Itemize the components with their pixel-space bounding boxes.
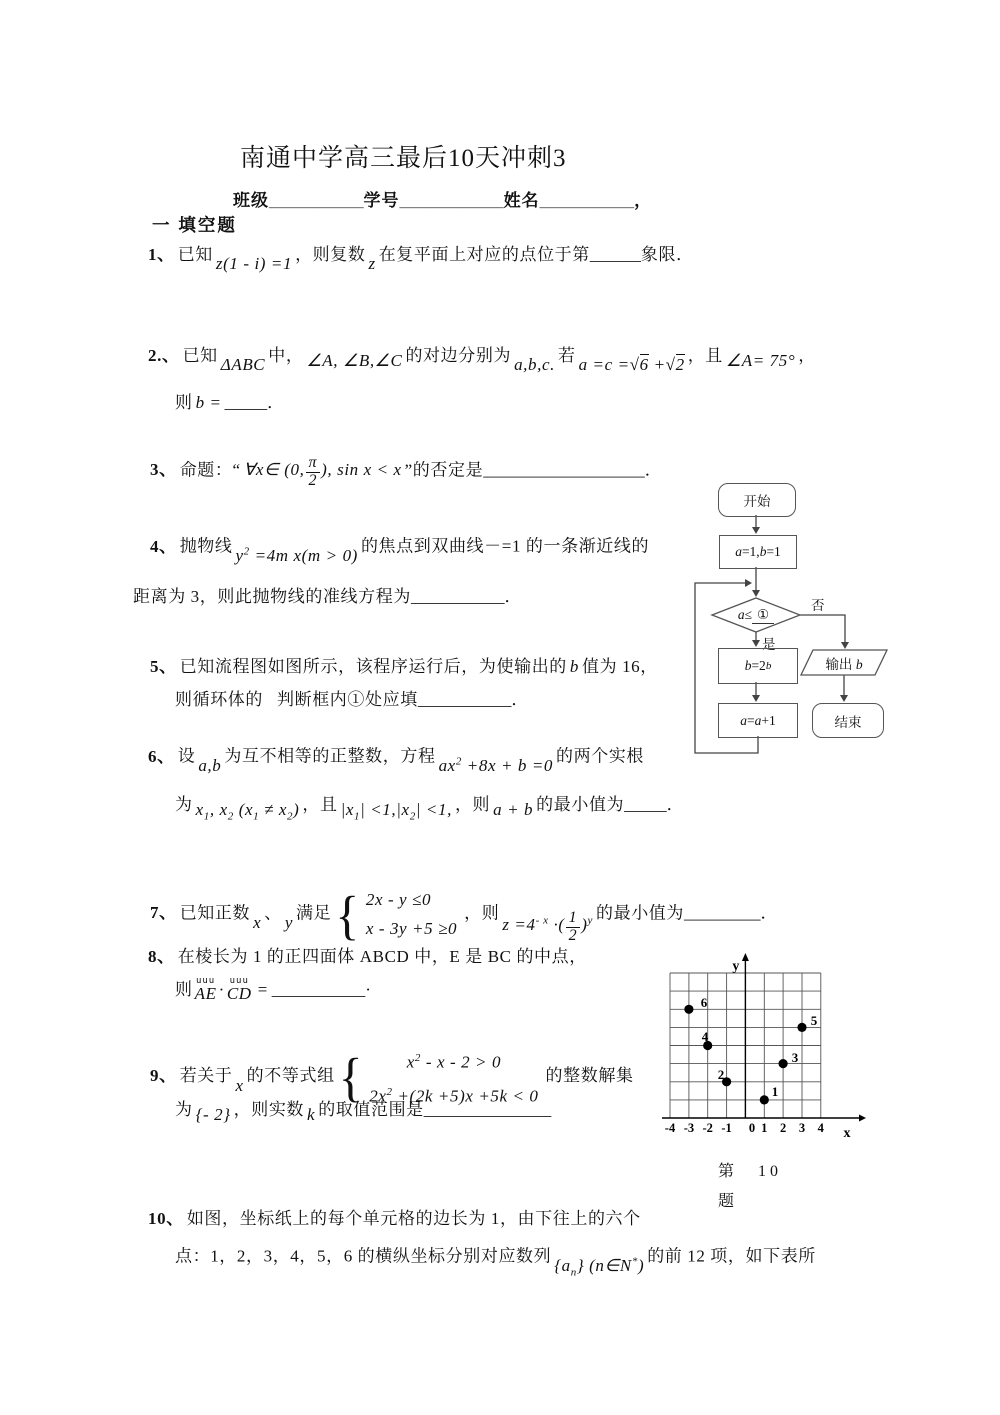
question-8-line-2: 则uuuAE·uuuCD=___________· xyxy=(175,977,372,1002)
text-run: 则循环体的 xyxy=(175,690,263,709)
text-run: 的最小值为 xyxy=(596,903,684,922)
math-formula: {an} (n∈N*) xyxy=(554,1256,644,1275)
point-label: 2 xyxy=(718,1067,725,1082)
blank-line: _______________ xyxy=(424,1100,552,1119)
question-4-line-1: 4、抛物线y2 =4m x(m > 0)的焦点到双曲线－=1 的一条渐近线的 xyxy=(150,530,649,559)
flow-node-label: 输出 b xyxy=(825,653,862,673)
point-label: 5 xyxy=(811,1013,818,1028)
system-row: x - 3y +5 ≥0 xyxy=(366,917,457,941)
arrow-down-icon xyxy=(841,642,849,649)
arrow-down-icon xyxy=(752,640,760,647)
flow-inc-node: a=a+1 xyxy=(718,703,798,738)
math-formula: ax2 +8x + b =0 xyxy=(439,756,553,775)
point-label: 3 xyxy=(792,1050,799,1065)
text-run: 命题：“ xyxy=(180,460,241,479)
text-run: ，则复数 xyxy=(295,245,365,264)
section-heading: 一 填空题 xyxy=(152,212,237,237)
axes xyxy=(662,960,859,1118)
question-1-line-1: 1、已知z(1 - i) =1，则复数z在复平面上对应的点位于第______象限… xyxy=(148,243,694,267)
flow-node-label: a=a+1 xyxy=(740,713,776,729)
flow-condition-label: a≤① xyxy=(718,603,794,627)
text-run: 为互不相等的正整数，方程 xyxy=(224,747,435,766)
flow-node-label: 开始 xyxy=(744,490,771,510)
question-2-line-2: 则b =_____． xyxy=(175,391,285,415)
text-run: 若关于 xyxy=(180,1066,233,1085)
question-7-line-1: 7、已知正数x、y满足{2x - y ≤0x - 3y +5 ≥0，则z =4-… xyxy=(150,888,778,941)
text-run: ． xyxy=(511,690,529,709)
x-tick-label: -4 xyxy=(665,1121,676,1135)
text-run: 点：1，2，3，4，5，6 的横纵坐标分别对应数列 xyxy=(175,1247,551,1266)
math-formula: x xyxy=(253,913,261,932)
math-formula: b xyxy=(570,657,579,676)
text-run: 值为 16， xyxy=(582,657,658,676)
text-run: 的整数解集 xyxy=(546,1066,634,1085)
vector-base: CD xyxy=(227,984,252,1003)
math-formula: b = xyxy=(196,393,222,412)
x-tick-label: -1 xyxy=(721,1121,731,1135)
coordinate-grid-figure: yx-4-3-2-101234123456 xyxy=(658,948,883,1153)
text-run: ，则实数 xyxy=(234,1100,304,1119)
math-formula: a =c =√6 +√2 xyxy=(579,355,685,374)
data-point xyxy=(797,1023,806,1032)
id-label: 学号 xyxy=(364,191,400,210)
text-run: ，且 xyxy=(302,795,337,814)
question-number: 1、 xyxy=(148,245,175,264)
name-blank: __________ xyxy=(540,191,635,210)
vector-CD: uuuCD xyxy=(227,977,252,1002)
question-2-line-1: 2.、已知ΔABC中，∠A, ∠B,∠C的对边分别为a,b,c.若a =c =√… xyxy=(148,344,816,368)
text-run: 为 xyxy=(175,795,193,814)
question-number: 9、 xyxy=(150,1066,177,1085)
question-10-line-2: 点：1，2，3，4，5，6 的横纵坐标分别对应数列{an} (n∈N*)的前 1… xyxy=(175,1240,816,1275)
text-run: 抛物线 xyxy=(180,537,233,556)
equals-sign: = xyxy=(257,980,269,999)
x-tick-label: -3 xyxy=(684,1121,694,1135)
text-run: ”的否定是 xyxy=(405,460,484,479)
text-run: ，则 xyxy=(464,903,499,922)
system-brace: { xyxy=(339,1050,364,1104)
flowchart-figure: 开始 a=1,b=1 a≤① 是 否 b=2b a=a+1 输出 b 结束 xyxy=(678,476,896,768)
text-run: 的取值范围是 xyxy=(318,1100,424,1119)
math-formula: x1, x2 (x1 ≠ x2) xyxy=(196,800,300,819)
text-run: 中， xyxy=(268,346,303,365)
x-tick-label: 0 xyxy=(749,1121,755,1135)
data-point xyxy=(779,1059,788,1068)
question-3-line-1: 3、命题：“∀x∈ (0,π2), sin x < x”的否定是________… xyxy=(150,455,662,490)
text-run: 则 xyxy=(175,393,193,412)
text-run: 已知正数 xyxy=(180,903,250,922)
x-axis-arrow-icon xyxy=(859,1115,866,1122)
math-formula: z =4- x ·(12)y xyxy=(502,915,593,934)
grid-plot: yx-4-3-2-101234123456 xyxy=(658,948,883,1153)
arrow-down-icon xyxy=(752,590,760,597)
system-row: x2 - x - 2 > 0 xyxy=(407,1046,501,1075)
flow-node-label: 结束 xyxy=(835,711,862,731)
x-tick-label: 3 xyxy=(799,1121,805,1135)
arrow-down-icon xyxy=(840,695,848,702)
question-number: 10、 xyxy=(148,1209,184,1228)
math-formula: ∀x∈ (0,π2), sin x < x xyxy=(244,460,402,479)
question-number: 5、 xyxy=(150,657,177,676)
vector-base: AE xyxy=(195,984,217,1003)
question-6-line-1: 6、设a,b为互不相等的正整数，方程ax2 +8x + b =0的两个实根 xyxy=(148,740,644,769)
math-formula: x xyxy=(236,1076,244,1095)
text-run: ． xyxy=(761,903,779,922)
point-label: 6 xyxy=(701,995,708,1010)
text-run: 的焦点到双曲线－=1 的一条渐近线的 xyxy=(361,537,649,556)
math-formula: z(1 - i) =1 xyxy=(216,254,292,273)
blank-line: _____ xyxy=(624,795,667,814)
point-label: 1 xyxy=(772,1084,779,1099)
header-comma: ， xyxy=(634,191,652,210)
math-formula: a,b xyxy=(198,756,221,775)
point-label: 4 xyxy=(702,1029,709,1044)
system-brace: { xyxy=(335,888,360,942)
text-run: 、 xyxy=(264,903,282,922)
text-run: 的不等式组 xyxy=(247,1066,335,1085)
question-5-line-2: 则循环体的判断框内①处应填___________． xyxy=(175,688,529,712)
math-formula: a + b xyxy=(493,800,533,819)
arrow-right-icon xyxy=(745,579,752,587)
exam-title: 南通中学高三最后10天冲刺3 xyxy=(240,138,567,174)
blank-line: ______ xyxy=(590,245,641,264)
flow-node-label: a=1,b=1 xyxy=(735,544,781,560)
text-run: 如图，坐标纸上的每个单元格的边长为 1，由下往上的六个 xyxy=(187,1209,641,1228)
condition-blank-circle-1: ① xyxy=(752,607,774,624)
flow-start-node: 开始 xyxy=(718,483,796,517)
class-label: 班级 xyxy=(233,191,269,210)
math-formula: y xyxy=(285,913,293,932)
text-run: 在棱长为 1 的正四面体 ABCD 中，E 是 BC 的中点， xyxy=(178,947,587,966)
x-tick-label: 4 xyxy=(818,1121,825,1135)
text-run: ． xyxy=(645,460,663,479)
arrow-down-icon xyxy=(752,527,760,534)
question-number: 7、 xyxy=(150,903,177,922)
text-run: 已知流程图如图所示，该程序运行后，为使输出的 xyxy=(180,657,567,676)
math-formula: {- 2} xyxy=(196,1105,231,1124)
question-number: 6、 xyxy=(148,747,175,766)
exam-page: { "title": "南通中学高三最后10天冲刺3", "header": {… xyxy=(0,0,1000,1415)
class-blank: __________ xyxy=(269,191,364,210)
text-run: 若 xyxy=(558,346,576,365)
x-tick-label: 1 xyxy=(761,1121,767,1135)
math-formula: k xyxy=(307,1105,315,1124)
text-run: 则 xyxy=(175,980,193,999)
text-run: ． xyxy=(667,795,685,814)
blank-line: ___________________ xyxy=(483,460,645,479)
question-4-line-2: 距离为 3，则此抛物线的准线方程为___________． xyxy=(133,585,522,609)
condition-text: a≤ xyxy=(738,607,752,623)
question-9-line-2: 为{- 2}，则实数k的取值范围是_______________ xyxy=(175,1098,551,1122)
question-number: 4、 xyxy=(150,537,177,556)
text-run: ，且 xyxy=(688,346,723,365)
blank-line: _________ xyxy=(684,903,761,922)
math-formula: a,b,c. xyxy=(514,355,555,374)
vector-AE: uuuAE xyxy=(195,977,217,1002)
flow-node-sup: b xyxy=(766,660,772,672)
arrow-down-icon xyxy=(752,695,760,702)
flow-no-label: 否 xyxy=(811,594,825,614)
question-number: 2.、 xyxy=(148,346,180,365)
question-10-line-1: 10、如图，坐标纸上的每个单元格的边长为 1，由下往上的六个 xyxy=(148,1207,641,1231)
id-blank: ___________ xyxy=(400,191,504,210)
flow-end-node: 结束 xyxy=(812,703,884,738)
text-run: 的最小值为 xyxy=(536,795,624,814)
text-run: 的两个实根 xyxy=(556,747,644,766)
data-point xyxy=(684,1005,693,1014)
text-run: 设 xyxy=(178,747,196,766)
math-formula: |x1| <1,|x2| <1, xyxy=(341,800,452,819)
name-label: 姓名 xyxy=(504,191,540,210)
blank-line: ___________ xyxy=(411,587,505,606)
x-axis-label: x xyxy=(844,1126,851,1141)
text-run: 的对边分别为 xyxy=(405,346,511,365)
math-formula: ∠A, ∠B,∠C xyxy=(306,351,402,370)
text-run: ，则 xyxy=(455,795,490,814)
question-number: 8、 xyxy=(148,947,175,966)
flow-init-node: a=1,b=1 xyxy=(719,535,797,569)
question-5-line-1: 5、已知流程图如图所示，该程序运行后，为使输出的b值为 16， xyxy=(150,655,658,679)
x-tick-label: -2 xyxy=(702,1121,712,1135)
math-formula: y2 =4m x(m > 0) xyxy=(236,546,358,565)
text-run: 已知 xyxy=(178,245,213,264)
blank-line: ___________ xyxy=(272,980,366,999)
text-run: 象限． xyxy=(641,245,694,264)
blank-line: _____ xyxy=(225,393,268,412)
math-formula: z xyxy=(368,254,375,273)
blank-line: ___________ xyxy=(418,690,512,709)
text-run: 在复平面上对应的点位于第 xyxy=(379,245,590,264)
text-run: ． xyxy=(504,587,522,606)
text-run: 已知 xyxy=(183,346,218,365)
text-run: 满足 xyxy=(296,903,331,922)
dot-operator: · xyxy=(219,980,225,999)
question-8-line-1: 8、在棱长为 1 的正四面体 ABCD 中，E 是 BC 的中点， xyxy=(148,945,587,969)
flow-node-label: b=2 xyxy=(745,658,766,674)
text-run: 的前 12 项，如下表所 xyxy=(647,1247,816,1266)
x-tick-label: 2 xyxy=(780,1121,786,1135)
y-axis-arrow-icon xyxy=(742,953,749,961)
math-formula: ΔABC xyxy=(221,355,266,374)
question-number: 3、 xyxy=(150,460,177,479)
flow-body-node: b=2b xyxy=(718,648,798,684)
inequality-system: {2x - y ≤0x - 3y +5 ≥0 xyxy=(335,888,460,941)
text-run: ， xyxy=(798,346,816,365)
system-row: 2x - y ≤0 xyxy=(366,888,457,912)
figure-caption-line1: 第 10 xyxy=(718,1158,782,1181)
question-6-line-2: 为x1, x2 (x1 ≠ x2)，且|x1| <1,|x2| <1,，则a +… xyxy=(175,793,684,823)
flow-output-node: 输出 b xyxy=(802,650,886,675)
text-run: ． xyxy=(267,393,285,412)
student-info-line: 班级__________学号___________姓名__________， xyxy=(233,186,652,211)
text-run: 判断框内①处应填 xyxy=(277,690,418,709)
text-run: 为 xyxy=(175,1100,193,1119)
figure-caption-line2: 题 xyxy=(718,1188,738,1211)
math-formula: ∠A= 75° xyxy=(726,351,795,370)
text-run: 距离为 3，则此抛物线的准线方程为 xyxy=(133,587,411,606)
text-run: · xyxy=(365,980,371,999)
data-point xyxy=(760,1095,769,1104)
y-axis-label: y xyxy=(732,959,739,974)
